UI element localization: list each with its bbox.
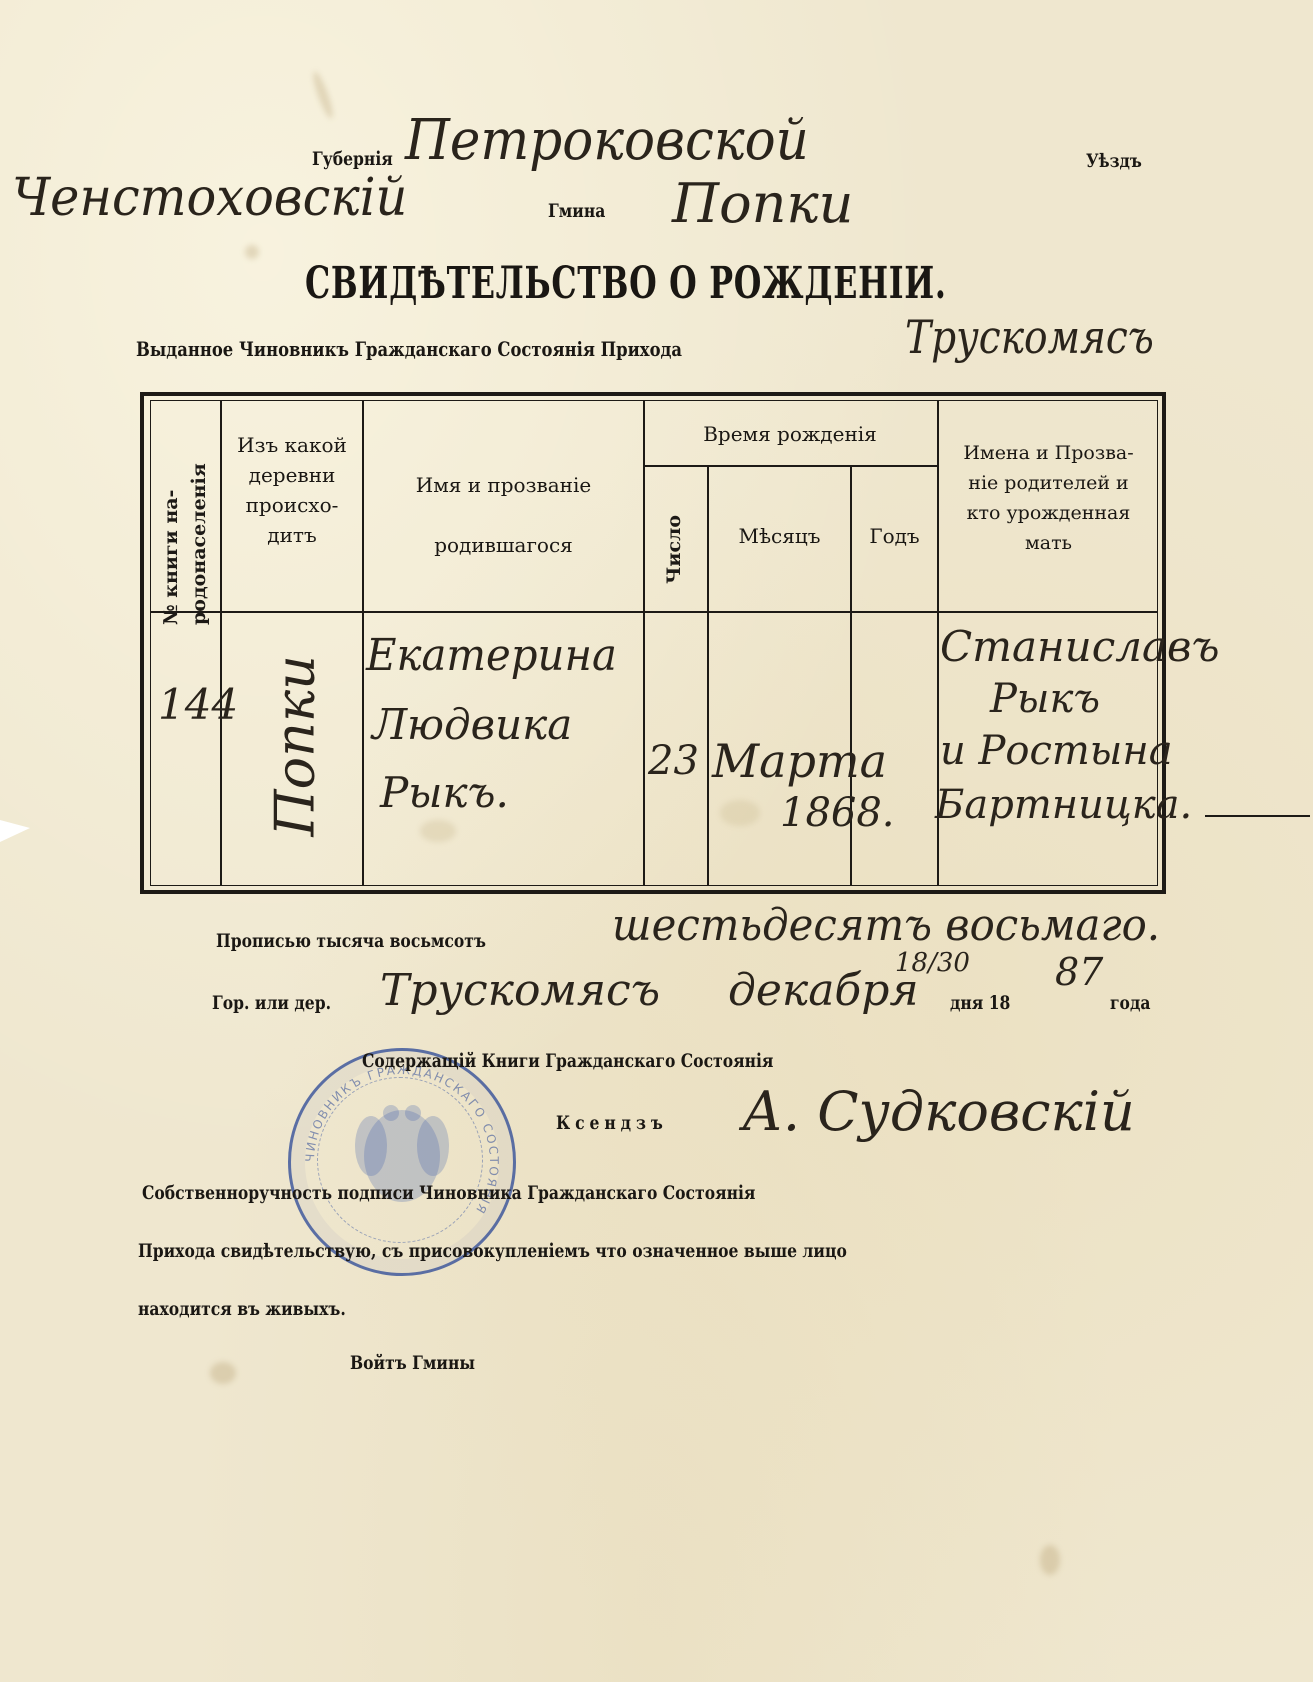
cell-book-number: 144 <box>158 680 238 729</box>
paper-tear <box>0 820 30 842</box>
keeper-label: Содержащій Книги Гражданскаго Состоянія <box>362 1050 773 1072</box>
place-label: Гор. или дер. <box>212 992 331 1014</box>
header-village-line: Изъ какой <box>222 430 362 460</box>
cell-name-line-1: Екатерина <box>366 630 617 681</box>
header-year: Годъ <box>852 520 937 553</box>
gubernia-value: Петроковской <box>405 108 809 173</box>
cell-name-line-2: Людвика <box>372 700 572 749</box>
header-name: Имя и прозваніе родившагося <box>364 455 643 575</box>
gubernia-label: Губернія <box>312 148 393 170</box>
paper-stain <box>210 1362 236 1384</box>
paper-stain <box>245 245 259 259</box>
header-parents-line: ніе родителей и <box>939 468 1158 498</box>
header-book-number-line2: родонаселенія <box>185 415 213 625</box>
day-value: 18/30 <box>895 948 970 978</box>
header-name-line: Имя и прозваніе <box>364 455 643 515</box>
cell-month: Марта <box>712 734 887 788</box>
attestation-line-2: Прихода свидѣтельствую, съ присовокуплен… <box>138 1240 847 1262</box>
gmina-label: Гмина <box>548 200 605 222</box>
cell-village: Попки <box>264 667 327 837</box>
in-words-value: шестьдесятъ восьмаго. <box>612 900 1160 951</box>
cell-parents-line-1: Станиславъ <box>940 622 1219 671</box>
paper-stain <box>1040 1545 1060 1575</box>
month-value: декабря <box>728 965 919 1016</box>
cell-parents-line-4: Бартницка. <box>935 782 1192 828</box>
uezd-value: Ченстоховскій <box>12 168 407 228</box>
voit-label: Войтъ Гмины <box>350 1352 475 1374</box>
header-parents-line: мать <box>939 528 1158 558</box>
document-title: СВИДѢТЕЛЬСТВО О РОЖДЕНІИ. <box>305 258 947 309</box>
cell-parents-line-2: Рыкъ <box>990 676 1100 722</box>
day-label: дня 18 <box>950 992 1010 1014</box>
header-parents-line: кто урожденная <box>939 498 1158 528</box>
parish-value: Трускомясъ <box>905 310 1154 364</box>
cell-name-line-3: Рыкъ. <box>380 768 509 817</box>
year-label: года <box>1110 992 1150 1014</box>
header-body-divider <box>150 611 1158 613</box>
header-book-number: № книги на- родонаселенія <box>157 415 217 625</box>
header-village-line: деревни <box>222 460 362 490</box>
header-book-number-line1: № книги на- <box>157 415 185 625</box>
header-day: Число <box>660 494 690 584</box>
header-birth-time: Время рожденія <box>643 418 937 451</box>
cell-year: 1868. <box>780 790 895 836</box>
header-village-line: происхо- <box>222 490 362 520</box>
header-village-line: дитъ <box>222 520 362 550</box>
cell-parents-line-3: и Ростына <box>940 728 1173 774</box>
paper-stain <box>310 70 336 120</box>
uezd-label: Уѣздъ <box>1086 150 1142 172</box>
priest-title-label: Ксендзъ <box>556 1112 668 1134</box>
issued-by-label: Выданное Чиновникъ Гражданскаго Состояні… <box>136 337 682 361</box>
header-parents-line: Имена и Прозва- <box>939 438 1158 468</box>
attestation-line-3: находится въ живыхъ. <box>138 1298 346 1320</box>
header-month: Мѣсяцъ <box>709 520 850 553</box>
place-value: Трускомясъ <box>380 965 660 1016</box>
column-divider <box>643 400 645 886</box>
row-divider <box>643 465 937 467</box>
cell-day: 23 <box>648 738 699 784</box>
attestation-line-1: Собственноручность подписи Чиновника Гра… <box>142 1182 755 1204</box>
margin-rule <box>1205 815 1310 817</box>
header-name-line: родившагося <box>364 515 643 575</box>
in-words-label: Прописью тысяча восьмсотъ <box>216 930 486 952</box>
gmina-value: Попки <box>672 172 853 235</box>
priest-signature: А. Судковскій <box>742 1080 1135 1143</box>
header-village: Изъ какой деревни происхо- дитъ <box>222 430 362 550</box>
year-suffix: 87 <box>1055 950 1103 994</box>
header-parents: Имена и Прозва- ніе родителей и кто урож… <box>939 438 1158 558</box>
